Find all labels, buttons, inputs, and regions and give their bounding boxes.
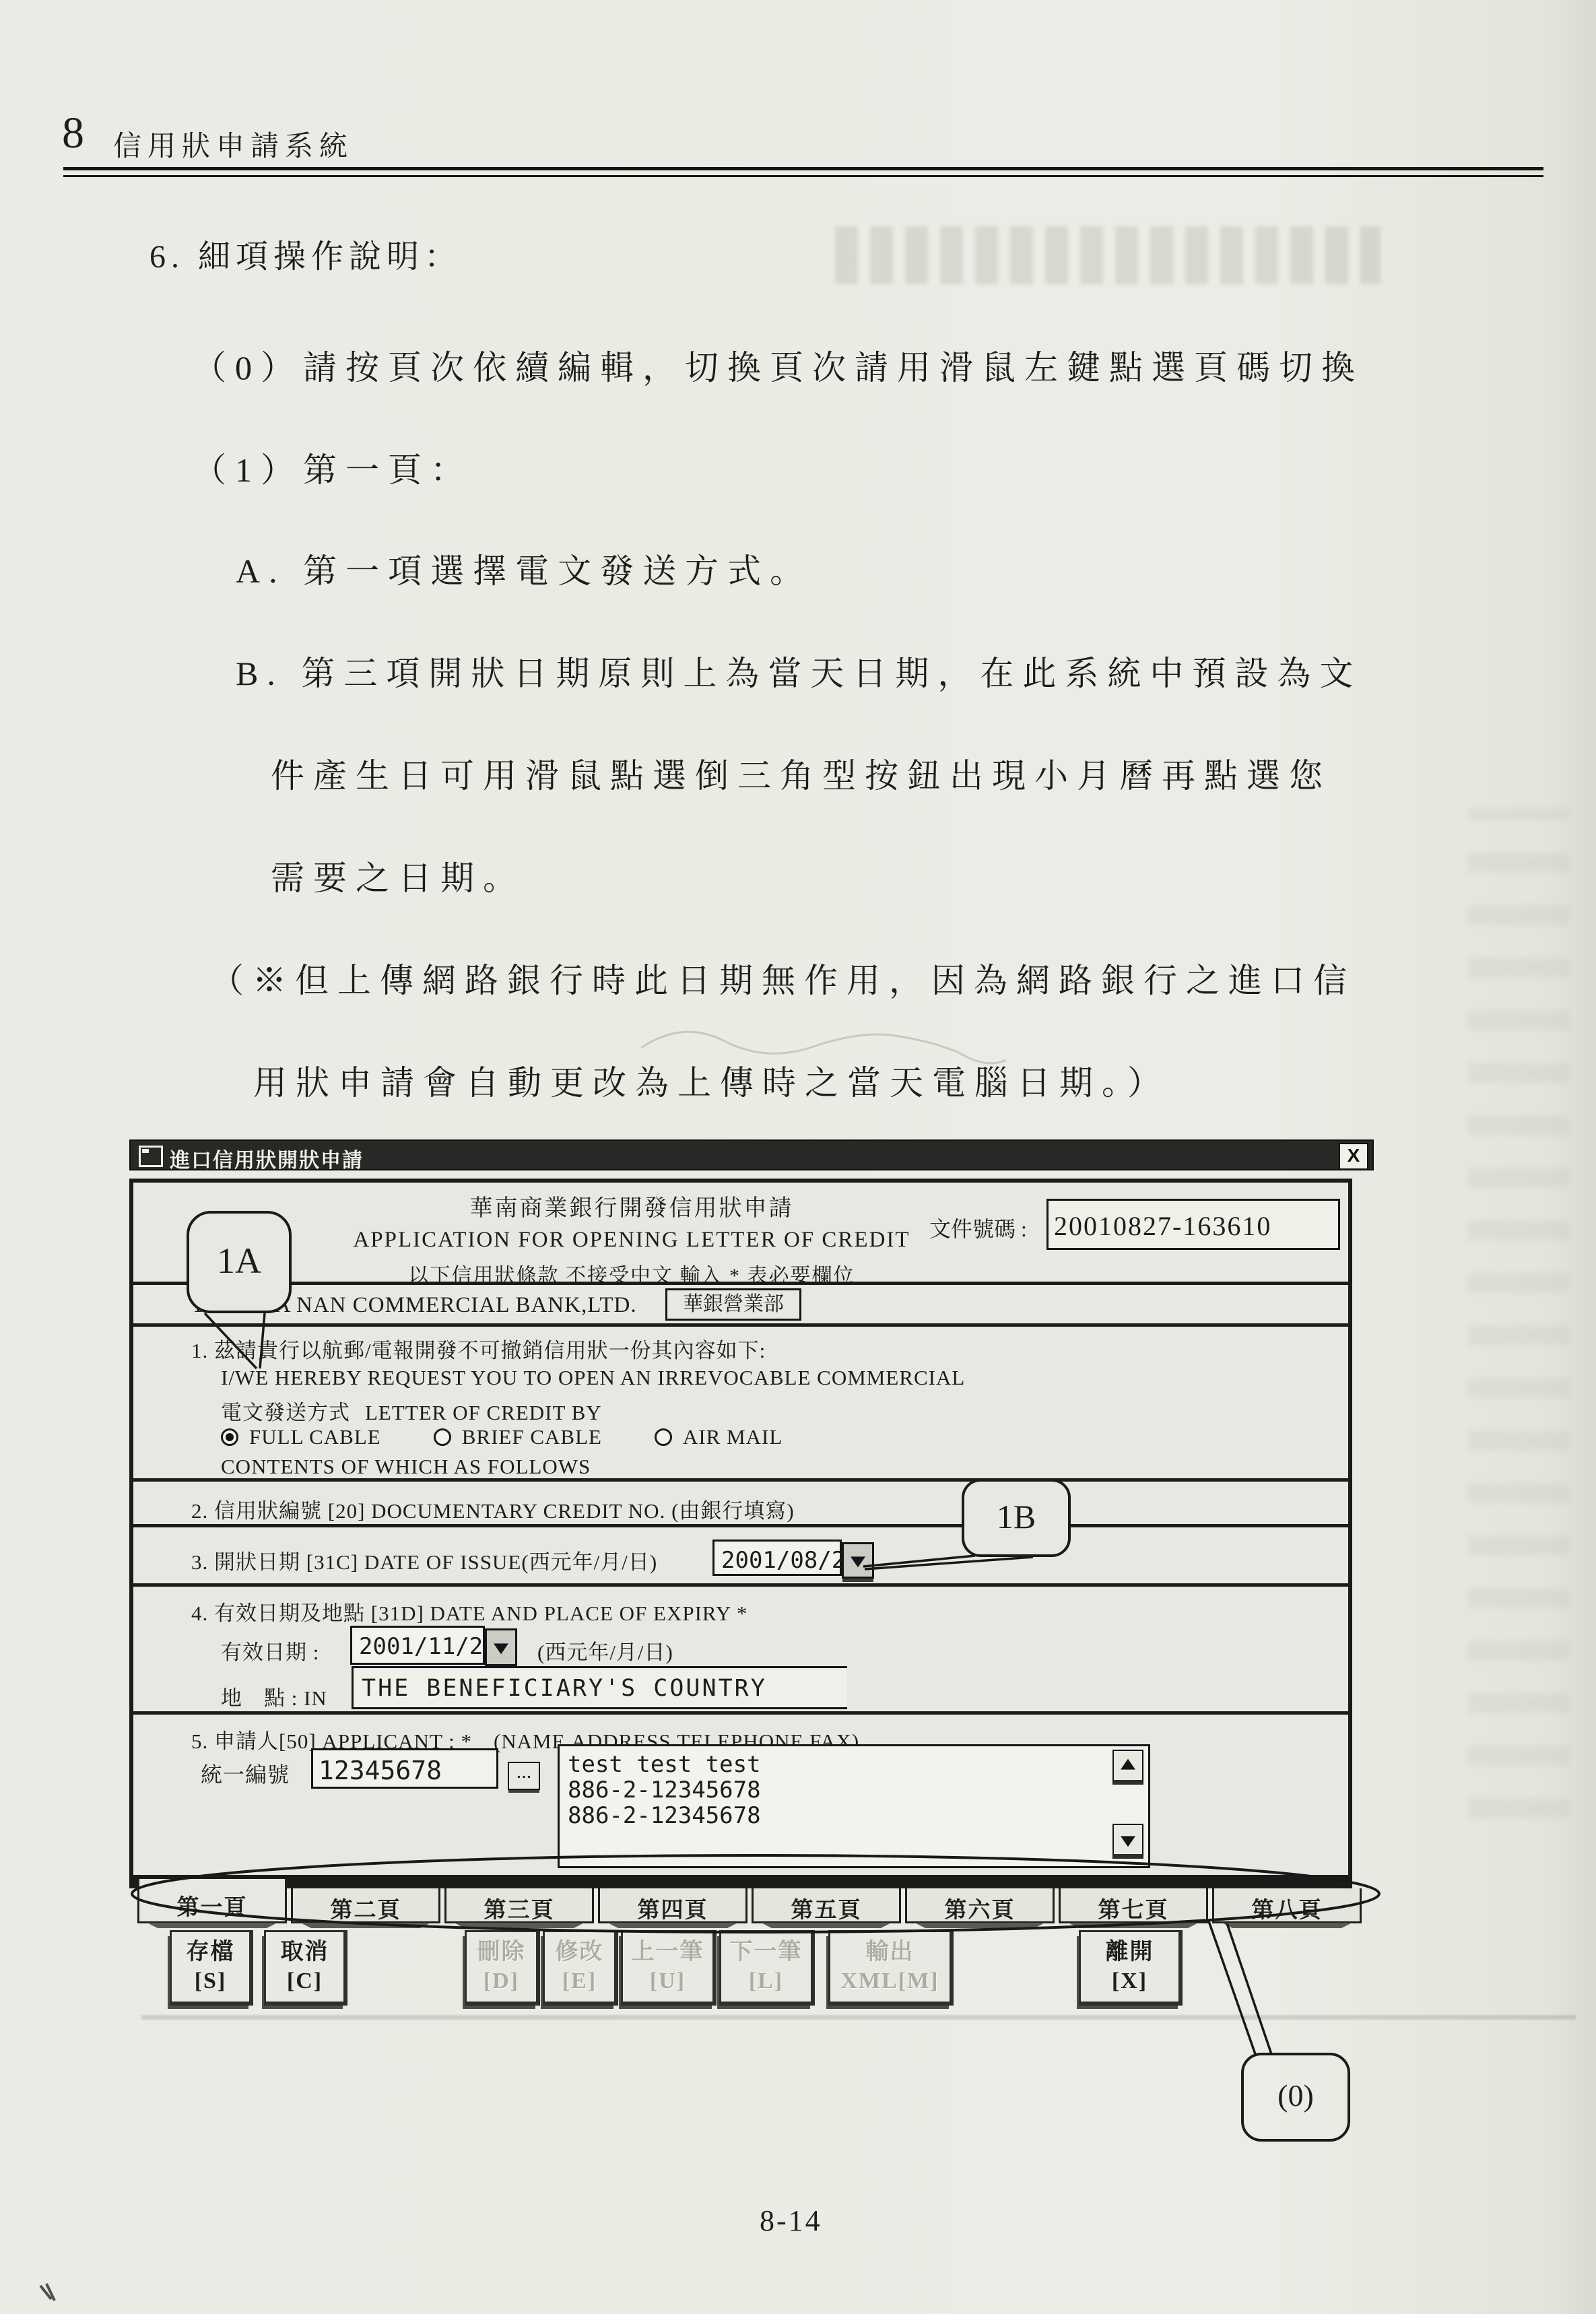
uid-label: 統一編號: [201, 1758, 290, 1789]
item2-label: 2. 信用狀編號 [20] DOCUMENTARY CREDIT NO. (由銀…: [191, 1494, 795, 1524]
expiry-place-field[interactable]: THE BENEFICIARY'S COUNTRY: [352, 1666, 847, 1709]
button-label: 取消: [281, 1938, 329, 1967]
button-hotkey: XML[M]: [840, 1967, 939, 1996]
chapter-number: 8: [62, 108, 84, 159]
scanned-manual-page: 8 信用狀申請系統 6. 細項操作說明： （0）請按頁次依續編輯，切換頁次請用滑…: [0, 0, 1596, 2314]
button-hotkey: [L]: [749, 1967, 783, 1996]
tabbar-base: [129, 1879, 1352, 1888]
tab-page2[interactable]: 第二頁: [291, 1888, 440, 1923]
doc-number-field[interactable]: 20010827-163610: [1046, 1199, 1340, 1250]
item3-section: 3. 開狀日期 [31C] DATE OF ISSUE(西元年/月/日) 200…: [133, 1527, 1348, 1587]
body-line-note1: （※但上傳網路銀行時此日期無作用，因為網路銀行之進口信: [210, 954, 1356, 1002]
chevron-down-icon: [851, 1556, 865, 1567]
lc-application-form: 華南商業銀行開發信用狀申請 APPLICATION FOR OPENING LE…: [129, 1179, 1352, 1879]
radio-air-mail[interactable]: AIR MAIL: [655, 1425, 783, 1449]
delete-button[interactable]: 刪除 [D]: [465, 1930, 540, 2006]
body-line-heading: 6. 細項操作說明：: [149, 230, 462, 277]
item1-section: 1. 茲請貴行以航郵/電報開發不可撤銷信用狀一份其內容如下: I/WE HERE…: [133, 1327, 1348, 1482]
item2-section: 2. 信用狀編號 [20] DOCUMENTARY CREDIT NO. (由銀…: [133, 1482, 1348, 1527]
cancel-button[interactable]: 取消 [C]: [264, 1930, 347, 2006]
export-xml-button[interactable]: 輸出 XML[M]: [828, 1930, 954, 2006]
radio-icon: [655, 1428, 672, 1446]
button-label: 上一筆: [632, 1938, 704, 1967]
item3-label: 3. 開狀日期 [31C] DATE OF ISSUE(西元年/月/日): [191, 1545, 657, 1575]
item4-section: 4. 有效日期及地點 [31D] DATE AND PLACE OF EXPIR…: [133, 1587, 1348, 1715]
radio-label: BRIEF CABLE: [462, 1425, 602, 1449]
triangle-up-icon: [1121, 1758, 1135, 1769]
page-tabbar: 第一頁 第二頁 第三頁 第四頁 第五頁 第六頁 第七頁 第八頁: [137, 1888, 1362, 1923]
bleedthrough-smudge: [835, 226, 1381, 284]
body-line-step0: （0）請按頁次依續編輯，切換頁次請用滑鼠左鍵點選頁碼切換: [193, 341, 1364, 389]
next-record-button[interactable]: 下一筆 [L]: [719, 1930, 815, 2006]
scroll-up-button[interactable]: [1112, 1750, 1143, 1785]
to-row: TO : HUA NAN COMMERCIAL BANK,LTD. 華銀營業部: [133, 1285, 1348, 1327]
body-line-note2: 用狀申請會自動更改為上傳時之當天電腦日期。）: [253, 1056, 1170, 1104]
form-header-section: 華南商業銀行開發信用狀申請 APPLICATION FOR OPENING LE…: [133, 1183, 1348, 1285]
button-label: 輸出: [866, 1938, 915, 1967]
body-line-b1: B. 第三項開狀日期原則上為當天日期，在此系統中預設為文: [236, 647, 1362, 695]
issue-date-dropdown[interactable]: 2001/08/27: [712, 1540, 842, 1576]
window-icon: [139, 1146, 163, 1167]
radio-full-cable[interactable]: FULL CABLE: [221, 1425, 381, 1449]
callout-1a: 1A: [187, 1211, 292, 1313]
expiry-date-dropdown[interactable]: 2001/11/27: [350, 1626, 485, 1665]
button-label: 存檔: [187, 1938, 235, 1967]
button-hotkey: [E]: [562, 1967, 597, 1996]
expiry-date-dropdown-button[interactable]: [485, 1628, 517, 1666]
applicant-textarea[interactable]: test test test 886-2-12345678 886-2-1234…: [558, 1744, 1150, 1868]
form-note: 以下信用狀條款 不接受中文 輸入 * 表必要欄位: [234, 1259, 1029, 1288]
callout-0-leader2: [1227, 1923, 1271, 2054]
item1-request-line: I/WE HEREBY REQUEST YOU TO OPEN AN IRREV…: [221, 1366, 965, 1390]
tab-page7[interactable]: 第七頁: [1059, 1888, 1208, 1923]
item1-label: 1. 茲請貴行以航郵/電報開發不可撤銷信用狀一份其內容如下:: [191, 1333, 766, 1364]
body-line-b2: 件產生日可用滑鼠點選倒三角型按鈕出現小月曆再點選您: [271, 749, 1331, 797]
radio-label: AIR MAIL: [683, 1425, 783, 1449]
tab-page5[interactable]: 第五頁: [752, 1888, 901, 1923]
chapter-title: 信用狀申請系統: [113, 124, 354, 164]
page-number: 8-14: [760, 2204, 822, 2238]
tab-page8[interactable]: 第八頁: [1212, 1888, 1362, 1923]
dialog-title: 進口信用狀開狀申請: [170, 1144, 364, 1173]
item5-section: 5. 申請人[50] APPLICANT : * (NAME,ADDRESS,T…: [133, 1715, 1348, 1875]
callout-0-leader: [1208, 1919, 1255, 2054]
button-label: 刪除: [477, 1938, 526, 1967]
callout-0: (0): [1241, 2053, 1350, 2142]
bleedthrough-margin: [1468, 808, 1569, 1818]
dialog-titlebar[interactable]: 進口信用狀開狀申請 X: [129, 1139, 1374, 1170]
scroll-down-button[interactable]: [1112, 1824, 1143, 1859]
header-rule-top: [63, 167, 1543, 170]
item1-contents-line: CONTENTS OF WHICH AS FOLLOWS: [221, 1455, 591, 1479]
header-rule-bottom: [63, 175, 1543, 177]
button-label: 修改: [556, 1938, 604, 1967]
body-line-step1: （1）第一頁：: [193, 443, 473, 492]
tab-page3[interactable]: 第三頁: [444, 1888, 594, 1923]
send-mode-radio-group: FULL CABLE BRIEF CABLE AIR MAIL: [221, 1425, 835, 1449]
expiry-date-format-note: (西元年/月/日): [537, 1635, 673, 1665]
form-title-zh: 華南商業銀行開發信用狀申請: [234, 1189, 1029, 1222]
radio-label: FULL CABLE: [249, 1425, 381, 1449]
branch-button[interactable]: 華銀營業部: [665, 1288, 801, 1321]
bleedthrough-stripe: [141, 2015, 1576, 2020]
button-label: 下一筆: [730, 1938, 803, 1967]
button-hotkey: [S]: [195, 1967, 227, 1996]
triangle-down-icon: [1121, 1836, 1135, 1847]
tab-page1[interactable]: 第一頁: [137, 1879, 287, 1923]
body-line-a: A. 第一項選擇電文發送方式。: [236, 544, 812, 593]
button-hotkey: [X]: [1112, 1967, 1148, 1996]
radio-brief-cable[interactable]: BRIEF CABLE: [434, 1425, 602, 1449]
expiry-date-label: 有效日期 :: [221, 1635, 319, 1665]
radio-icon: [434, 1428, 451, 1446]
button-hotkey: [D]: [484, 1967, 519, 1996]
chevron-down-icon: [494, 1643, 508, 1654]
doc-number-label: 文件號碼 :: [929, 1212, 1027, 1243]
button-hotkey: [C]: [287, 1967, 323, 1996]
button-label: 離開: [1106, 1938, 1154, 1967]
corner-pen-mark: [40, 2284, 55, 2301]
browse-button[interactable]: ...: [508, 1762, 540, 1790]
previous-record-button[interactable]: 上一筆 [U]: [621, 1930, 717, 2006]
modify-button[interactable]: 修改 [E]: [543, 1930, 618, 2006]
radio-icon: [221, 1428, 238, 1446]
issue-date-dropdown-button[interactable]: [842, 1542, 874, 1579]
letter-of-credit-by-label: LETTER OF CREDIT BY: [365, 1401, 602, 1424]
tab-page6[interactable]: 第六頁: [905, 1888, 1055, 1923]
uid-input[interactable]: 12345678: [311, 1748, 498, 1789]
exit-button[interactable]: 離開 [X]: [1079, 1930, 1183, 2006]
tab-page4[interactable]: 第四頁: [598, 1888, 747, 1923]
item1-mode-line: 電文發送方式 LETTER OF CREDIT BY: [221, 1395, 602, 1426]
form-title-en: APPLICATION FOR OPENING LETTER OF CREDIT: [234, 1228, 1029, 1253]
expiry-place-label: 地 點 : IN: [221, 1681, 327, 1711]
button-hotkey: [U]: [650, 1967, 686, 1996]
save-button[interactable]: 存檔 [S]: [170, 1930, 253, 2006]
close-button[interactable]: X: [1339, 1143, 1368, 1170]
item4-label: 4. 有效日期及地點 [31D] DATE AND PLACE OF EXPIR…: [191, 1596, 747, 1626]
send-mode-label: 電文發送方式: [221, 1401, 350, 1424]
callout-1b: 1B: [962, 1479, 1071, 1557]
body-line-b3: 需要之日期。: [271, 851, 525, 900]
